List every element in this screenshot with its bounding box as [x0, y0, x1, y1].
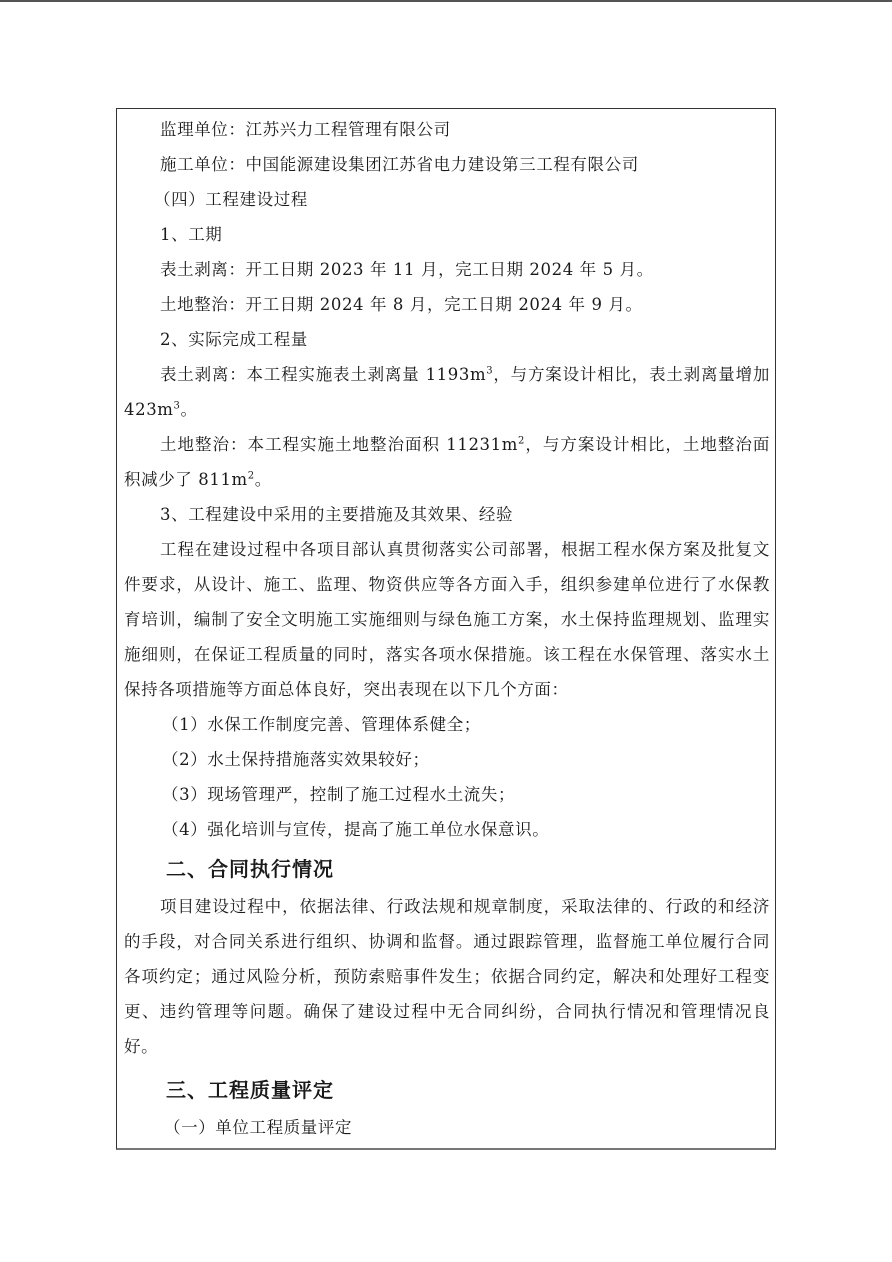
land-suffix: 。	[255, 470, 272, 489]
period-item-land: 土地整治：开工日期 2024 年 8 月，完工日期 2024 年 9 月。	[124, 287, 770, 322]
measures-paragraph: 工程在建设过程中各项目部认真贯彻落实公司部署，根据工程水保方案及批复文件要求，从…	[124, 532, 770, 707]
constructor-unit-line: 施工单位：中国能源建设集团江苏省电力建设第三工程有限公司	[124, 147, 770, 182]
section-3-subtitle: （一）单位工程质量评定	[124, 1110, 770, 1145]
section-2-paragraph: 项目建设过程中，依据法律、行政法规和规章制度，采取法律的、行政的和经济的手段，对…	[124, 889, 770, 1064]
document-content: 监理单位：江苏兴力工程管理有限公司 施工单位：中国能源建设集团江苏省电力建设第三…	[124, 112, 770, 1145]
supervisor-unit-line: 监理单位：江苏兴力工程管理有限公司	[124, 112, 770, 147]
land-prefix: 土地整治：本工程实施土地整治面积 11231m	[160, 435, 518, 454]
supervisor-label: 监理单位：	[160, 120, 246, 139]
topsoil-exp2: 3	[174, 401, 181, 412]
quantities-title: 2、实际完成工程量	[124, 322, 770, 357]
measures-point-4: （4）强化培训与宣传，提高了施工单位水保意识。	[124, 812, 770, 847]
section-2-heading: 二、合同执行情况	[124, 849, 770, 889]
constructor-label: 施工单位：	[160, 155, 246, 174]
topsoil-suffix: 。	[181, 400, 198, 419]
section-3-heading: 三、工程质量评定	[124, 1070, 770, 1110]
measures-point-1: （1）水保工作制度完善、管理体系健全；	[124, 707, 770, 742]
land-exp2: 2	[248, 471, 255, 482]
section-4-title: （四）工程建设过程	[124, 182, 770, 217]
measures-point-2: （2）水土保持措施落实效果较好；	[124, 742, 770, 777]
period-title: 1、工期	[124, 217, 770, 252]
measures-title: 3、工程建设中采用的主要措施及其效果、经验	[124, 497, 770, 532]
supervisor-name: 江苏兴力工程管理有限公司	[246, 120, 451, 139]
page-top-rule	[0, 0, 892, 2]
quantities-topsoil-paragraph: 表土剥离：本工程实施表土剥离量 1193m3，与方案设计相比，表土剥离量增加 4…	[124, 357, 770, 427]
land-exp1: 2	[518, 436, 525, 447]
constructor-name: 中国能源建设集团江苏省电力建设第三工程有限公司	[246, 155, 639, 174]
topsoil-prefix: 表土剥离：本工程实施表土剥离量 1193m	[160, 365, 486, 384]
measures-point-3: （3）现场管理严，控制了施工过程水土流失；	[124, 777, 770, 812]
quantities-land-paragraph: 土地整治：本工程实施土地整治面积 11231m2，与方案设计相比，土地整治面积减…	[124, 427, 770, 497]
period-item-topsoil: 表土剥离：开工日期 2023 年 11 月，完工日期 2024 年 5 月。	[124, 252, 770, 287]
